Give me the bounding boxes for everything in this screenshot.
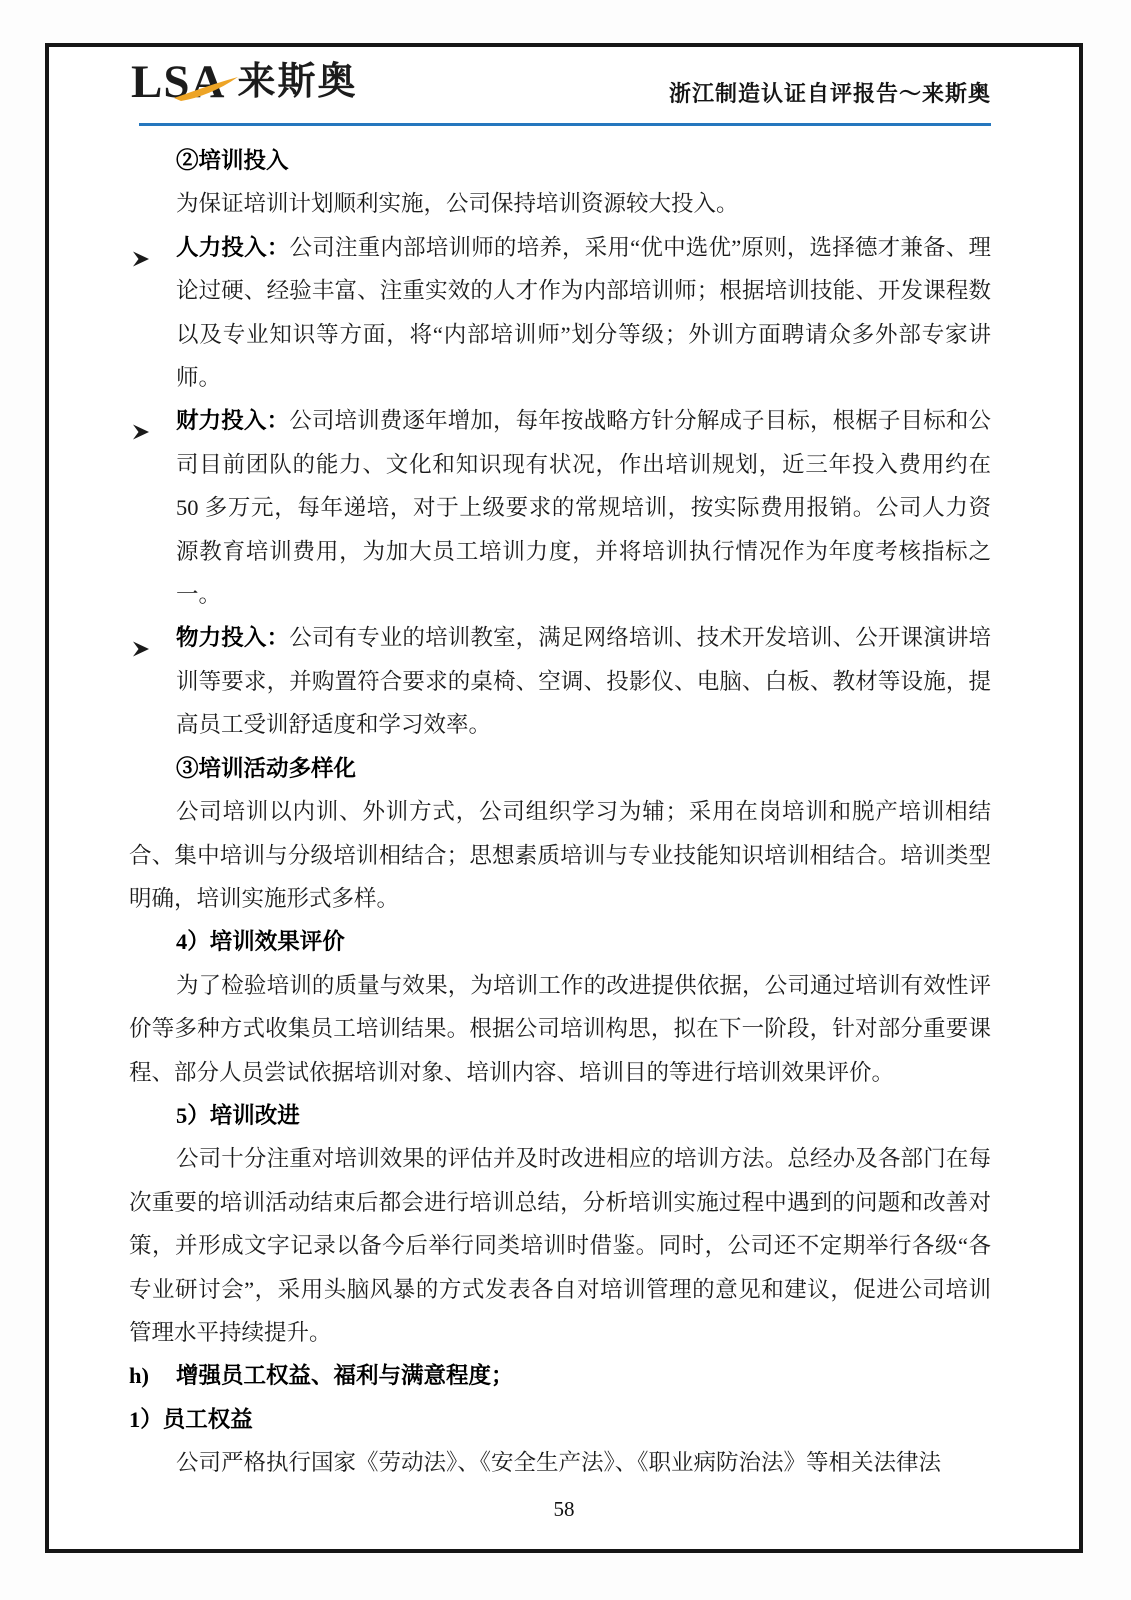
report-header-title: 浙江制造认证自评报告～来斯奥 — [669, 77, 991, 108]
arrow-bullet-icon — [132, 239, 150, 257]
para-training-investment: 为保证培训计划顺利实施，公司保持培训资源较大投入。 — [129, 182, 991, 225]
heading-training-improvement: 5）培训改进 — [129, 1094, 991, 1137]
para-employee-rights: 公司严格执行国家《劳动法》、《安全生产法》、《职业病防治法》等相关法律法 — [129, 1441, 991, 1484]
arrow-bullet-icon — [132, 412, 150, 430]
company-logo: LSA 来斯奥 — [131, 57, 357, 107]
heading-training-evaluation: 4）培训效果评价 — [129, 920, 991, 963]
heading-employee-benefits: h)增强员工权益、福利与满意程度； — [129, 1354, 991, 1397]
bullet-text: 公司注重内部培训师的培养，采用“优中选优”原则，选择德才兼备、理论过硬、经验丰富… — [176, 235, 991, 390]
heading-marker: h) — [129, 1354, 176, 1397]
logo-lsa-text: LSA — [131, 57, 225, 107]
bullet-material-investment: 物力投入：公司有专业的培训教室，满足网络培训、技术开发培训、公开课演讲培训等要求… — [129, 616, 991, 746]
page-number: 58 — [49, 1497, 1079, 1522]
report-page: LSA 来斯奥 浙江制造认证自评报告～来斯奥 ②培训投入 为保证培训计划顺利实施… — [45, 43, 1083, 1553]
para-training-diversity: 公司培训以内训、外训方式，公司组织学习为辅；采用在岗培训和脱产培训相结合、集中培… — [129, 790, 991, 920]
header-rule — [139, 123, 991, 126]
logo-lsa-letters: LSA — [131, 56, 225, 108]
bullet-label: 财力投入： — [176, 408, 289, 433]
heading-training-diversity: ③培训活动多样化 — [129, 747, 991, 790]
logo-chinese-text: 来斯奥 — [237, 57, 357, 107]
bullet-text: 公司有专业的培训教室，满足网络培训、技术开发培训、公开课演讲培训等要求，并购置符… — [176, 625, 991, 737]
heading-label: 增强员工权益、福利与满意程度； — [176, 1363, 514, 1388]
document-canvas: LSA 来斯奥 浙江制造认证自评报告～来斯奥 ②培训投入 为保证培训计划顺利实施… — [0, 0, 1131, 1600]
heading-employee-rights: 1）员工权益 — [129, 1398, 991, 1441]
bullet-human-investment: 人力投入：公司注重内部培训师的培养，采用“优中选优”原则，选择德才兼备、理论过硬… — [129, 226, 991, 400]
arrow-bullet-icon — [132, 629, 150, 647]
bullet-financial-investment: 财力投入：公司培训费逐年增加，每年按战略方针分解成子目标，根椐子目标和公司目前团… — [129, 399, 991, 616]
bullet-label: 物力投入： — [176, 625, 289, 650]
page-body: ②培训投入 为保证培训计划顺利实施，公司保持培训资源较大投入。 人力投入：公司注… — [129, 139, 991, 1485]
bullet-label: 人力投入： — [176, 235, 290, 260]
bullet-text: 公司培训费逐年增加，每年按战略方针分解成子目标，根椐子目标和公司目前团队的能力、… — [176, 408, 991, 607]
heading-training-investment: ②培训投入 — [129, 139, 991, 182]
para-training-evaluation: 为了检验培训的质量与效果，为培训工作的改进提供依据，公司通过培训有效性评价等多种… — [129, 964, 991, 1094]
para-training-improvement: 公司十分注重对培训效果的评估并及时改进相应的培训方法。总经办及各部门在每次重要的… — [129, 1137, 991, 1354]
